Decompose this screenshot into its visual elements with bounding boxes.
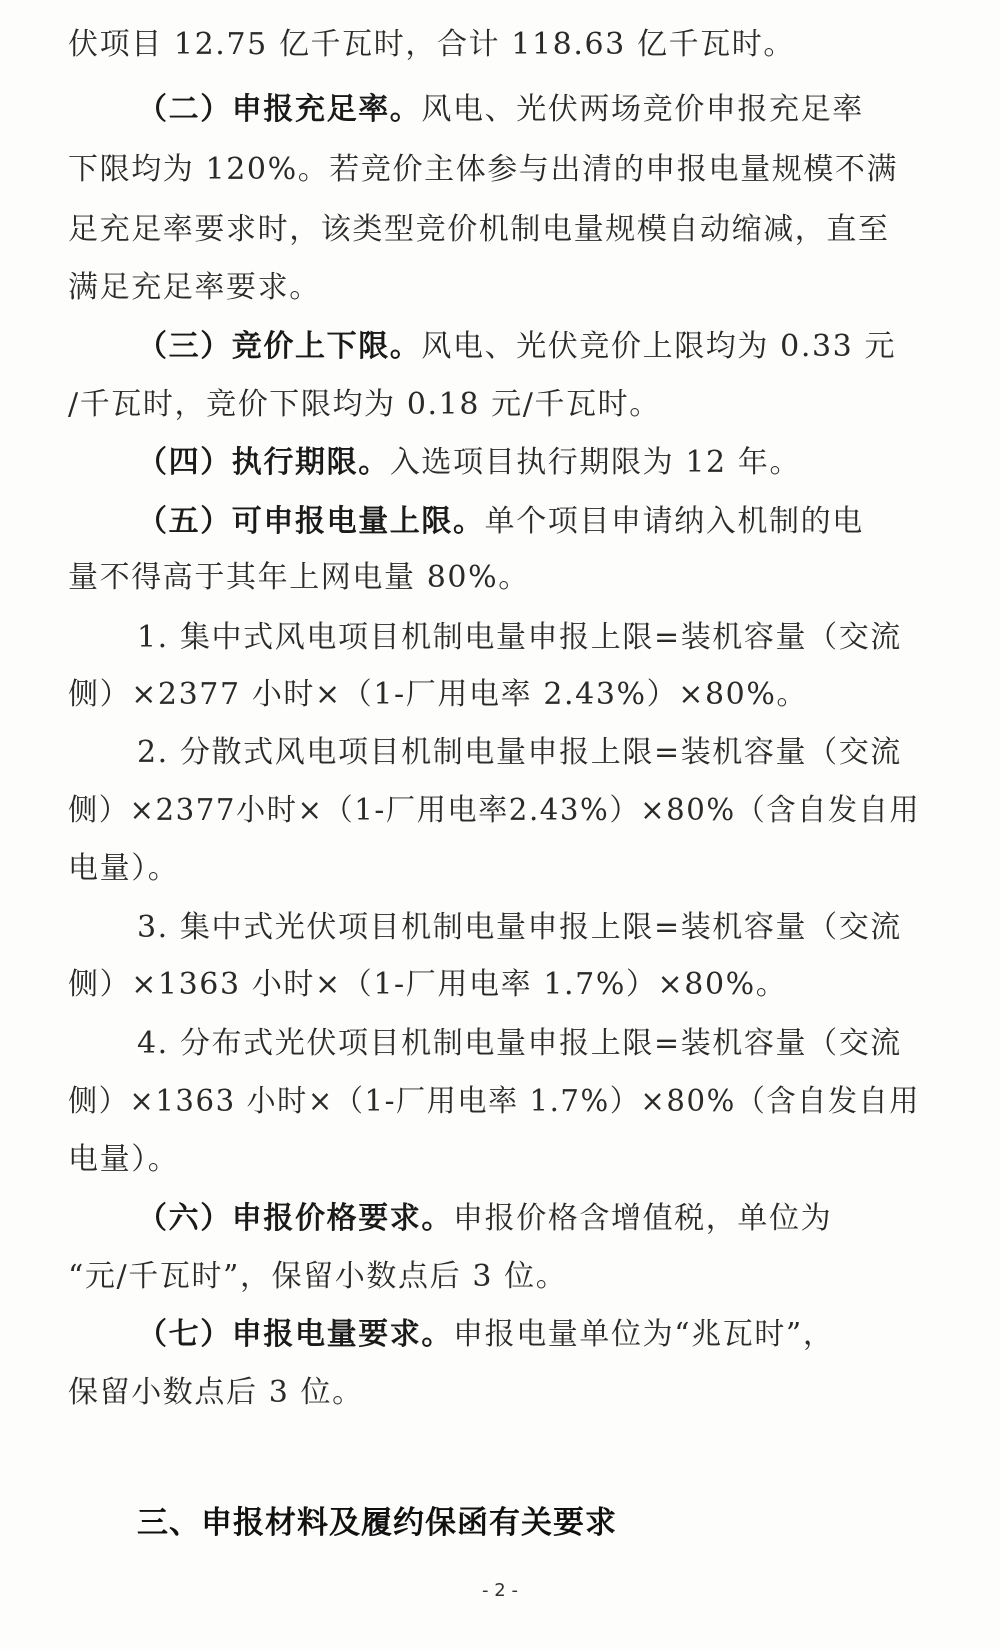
paragraph-line: /千瓦时，竞价下限均为 0.18 元/千瓦时。 bbox=[68, 385, 968, 425]
paragraph-line: “元/千瓦时”，保留小数点后 3 位。 bbox=[68, 1257, 968, 1297]
clause-2-title-line: （二）申报充足率。风电、光伏两场竞价申报充足率 bbox=[137, 90, 1000, 130]
paragraph-line: 电量）。 bbox=[68, 849, 968, 889]
clause-heading: （六）申报价格要求。 bbox=[137, 1201, 453, 1236]
list-item-1: 1. 集中式风电项目机制电量申报上限=装机容量（交流 bbox=[137, 618, 1000, 658]
paragraph-line: 伏项目 12.75 亿千瓦时，合计 118.63 亿千瓦时。 bbox=[68, 25, 968, 65]
clause-heading: （二）申报充足率。 bbox=[137, 92, 421, 127]
clause-5-title-line: （五）可申报电量上限。单个项目申请纳入机制的电 bbox=[137, 502, 1000, 542]
clause-heading: （七）申报电量要求。 bbox=[137, 1317, 453, 1352]
clause-heading: （四）执行期限。 bbox=[137, 445, 390, 480]
document-page: 伏项目 12.75 亿千瓦时，合计 118.63 亿千瓦时。 （二）申报充足率。… bbox=[0, 0, 1000, 1649]
clause-heading: （三）竞价上下限。 bbox=[137, 329, 421, 364]
list-item-4: 4. 分布式光伏项目机制电量申报上限=装机容量（交流 bbox=[137, 1024, 1000, 1064]
clause-4-title-line: （四）执行期限。入选项目执行期限为 12 年。 bbox=[137, 443, 1000, 483]
clause-7-title-line: （七）申报电量要求。申报电量单位为“兆瓦时”， bbox=[137, 1315, 1000, 1355]
paragraph-line: 侧）×1363 小时×（1-厂用电率 1.7%）×80%（含自发自用 bbox=[68, 1082, 942, 1122]
list-item-3: 3. 集中式光伏项目机制电量申报上限=装机容量（交流 bbox=[137, 908, 1000, 948]
clause-3-title-line: （三）竞价上下限。风电、光伏竞价上限均为 0.33 元 bbox=[137, 327, 1000, 367]
clause-heading: （五）可申报电量上限。 bbox=[137, 504, 485, 539]
paragraph-line: 侧）×2377 小时×（1-厂用电率 2.43%）×80%。 bbox=[68, 675, 968, 715]
section-heading: 三、申报材料及履约保函有关要求 bbox=[137, 1503, 617, 1543]
paragraph-line: 侧）×1363 小时×（1-厂用电率 1.7%）×80%。 bbox=[68, 965, 968, 1005]
paragraph-line: 侧）×2377小时×（1-厂用电率2.43%）×80%（含自发自用 bbox=[68, 791, 944, 831]
page-number: - 2 - bbox=[0, 1580, 1000, 1601]
paragraph-line: 足充足率要求时，该类型竞价机制电量规模自动缩减，直至 bbox=[68, 210, 968, 250]
paragraph-line: 保留小数点后 3 位。 bbox=[68, 1373, 968, 1413]
paragraph-line: 下限均为 120%。若竞价主体参与出清的申报电量规模不满 bbox=[68, 150, 968, 190]
paragraph-line: 电量）。 bbox=[68, 1140, 968, 1180]
paragraph-line: 满足充足率要求。 bbox=[68, 268, 968, 308]
clause-6-title-line: （六）申报价格要求。申报价格含增值税，单位为 bbox=[137, 1199, 1000, 1239]
list-item-2: 2. 分散式风电项目机制电量申报上限=装机容量（交流 bbox=[137, 733, 1000, 773]
paragraph-line: 量不得高于其年上网电量 80%。 bbox=[68, 558, 968, 598]
